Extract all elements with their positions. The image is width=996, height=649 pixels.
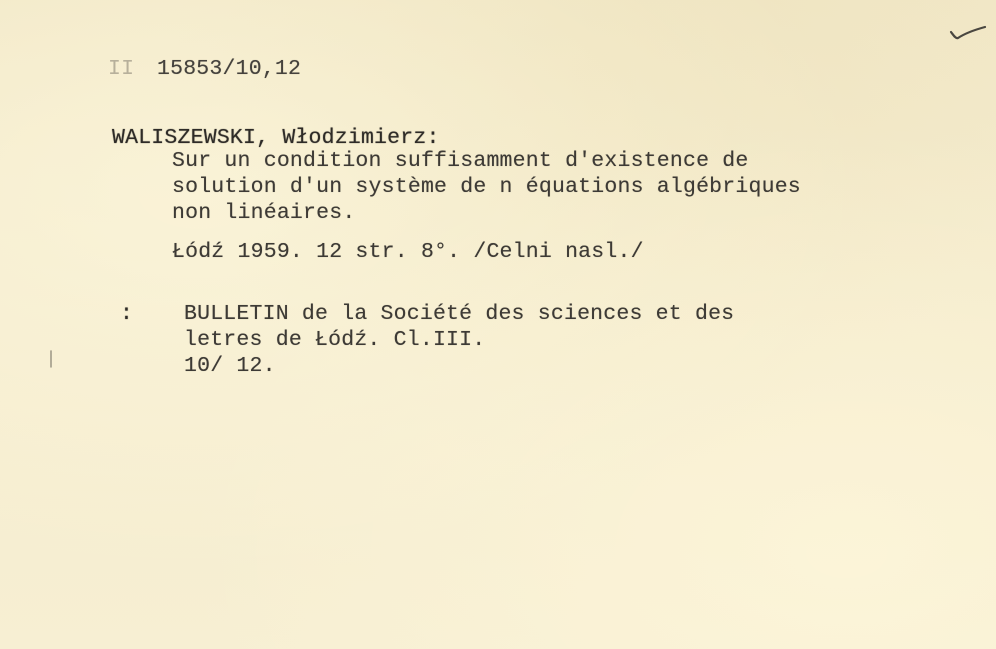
check-mark-icon	[948, 22, 988, 44]
series-line: letres de Łódź. Cl.III.	[184, 327, 485, 353]
title-line: solution d'un système de n équations alg…	[172, 174, 801, 200]
imprint-line: Łódź 1959. 12 str. 8°. /Celni nasl./	[172, 239, 644, 265]
series-line: 10/ 12.	[184, 353, 276, 379]
catalog-card: II 15853/10,12 WALISZEWSKI, Włodzimierz:…	[0, 0, 996, 649]
title-line: Sur un condition suffisamment d'existenc…	[172, 148, 749, 174]
series-marker: :	[120, 301, 133, 327]
pencil-mark-icon	[48, 350, 54, 368]
title-line: non linéaires.	[172, 200, 355, 226]
call-number-prefix: II	[108, 56, 134, 82]
series-line: BULLETIN de la Société des sciences et d…	[184, 301, 734, 327]
call-number: 15853/10,12	[157, 56, 301, 82]
